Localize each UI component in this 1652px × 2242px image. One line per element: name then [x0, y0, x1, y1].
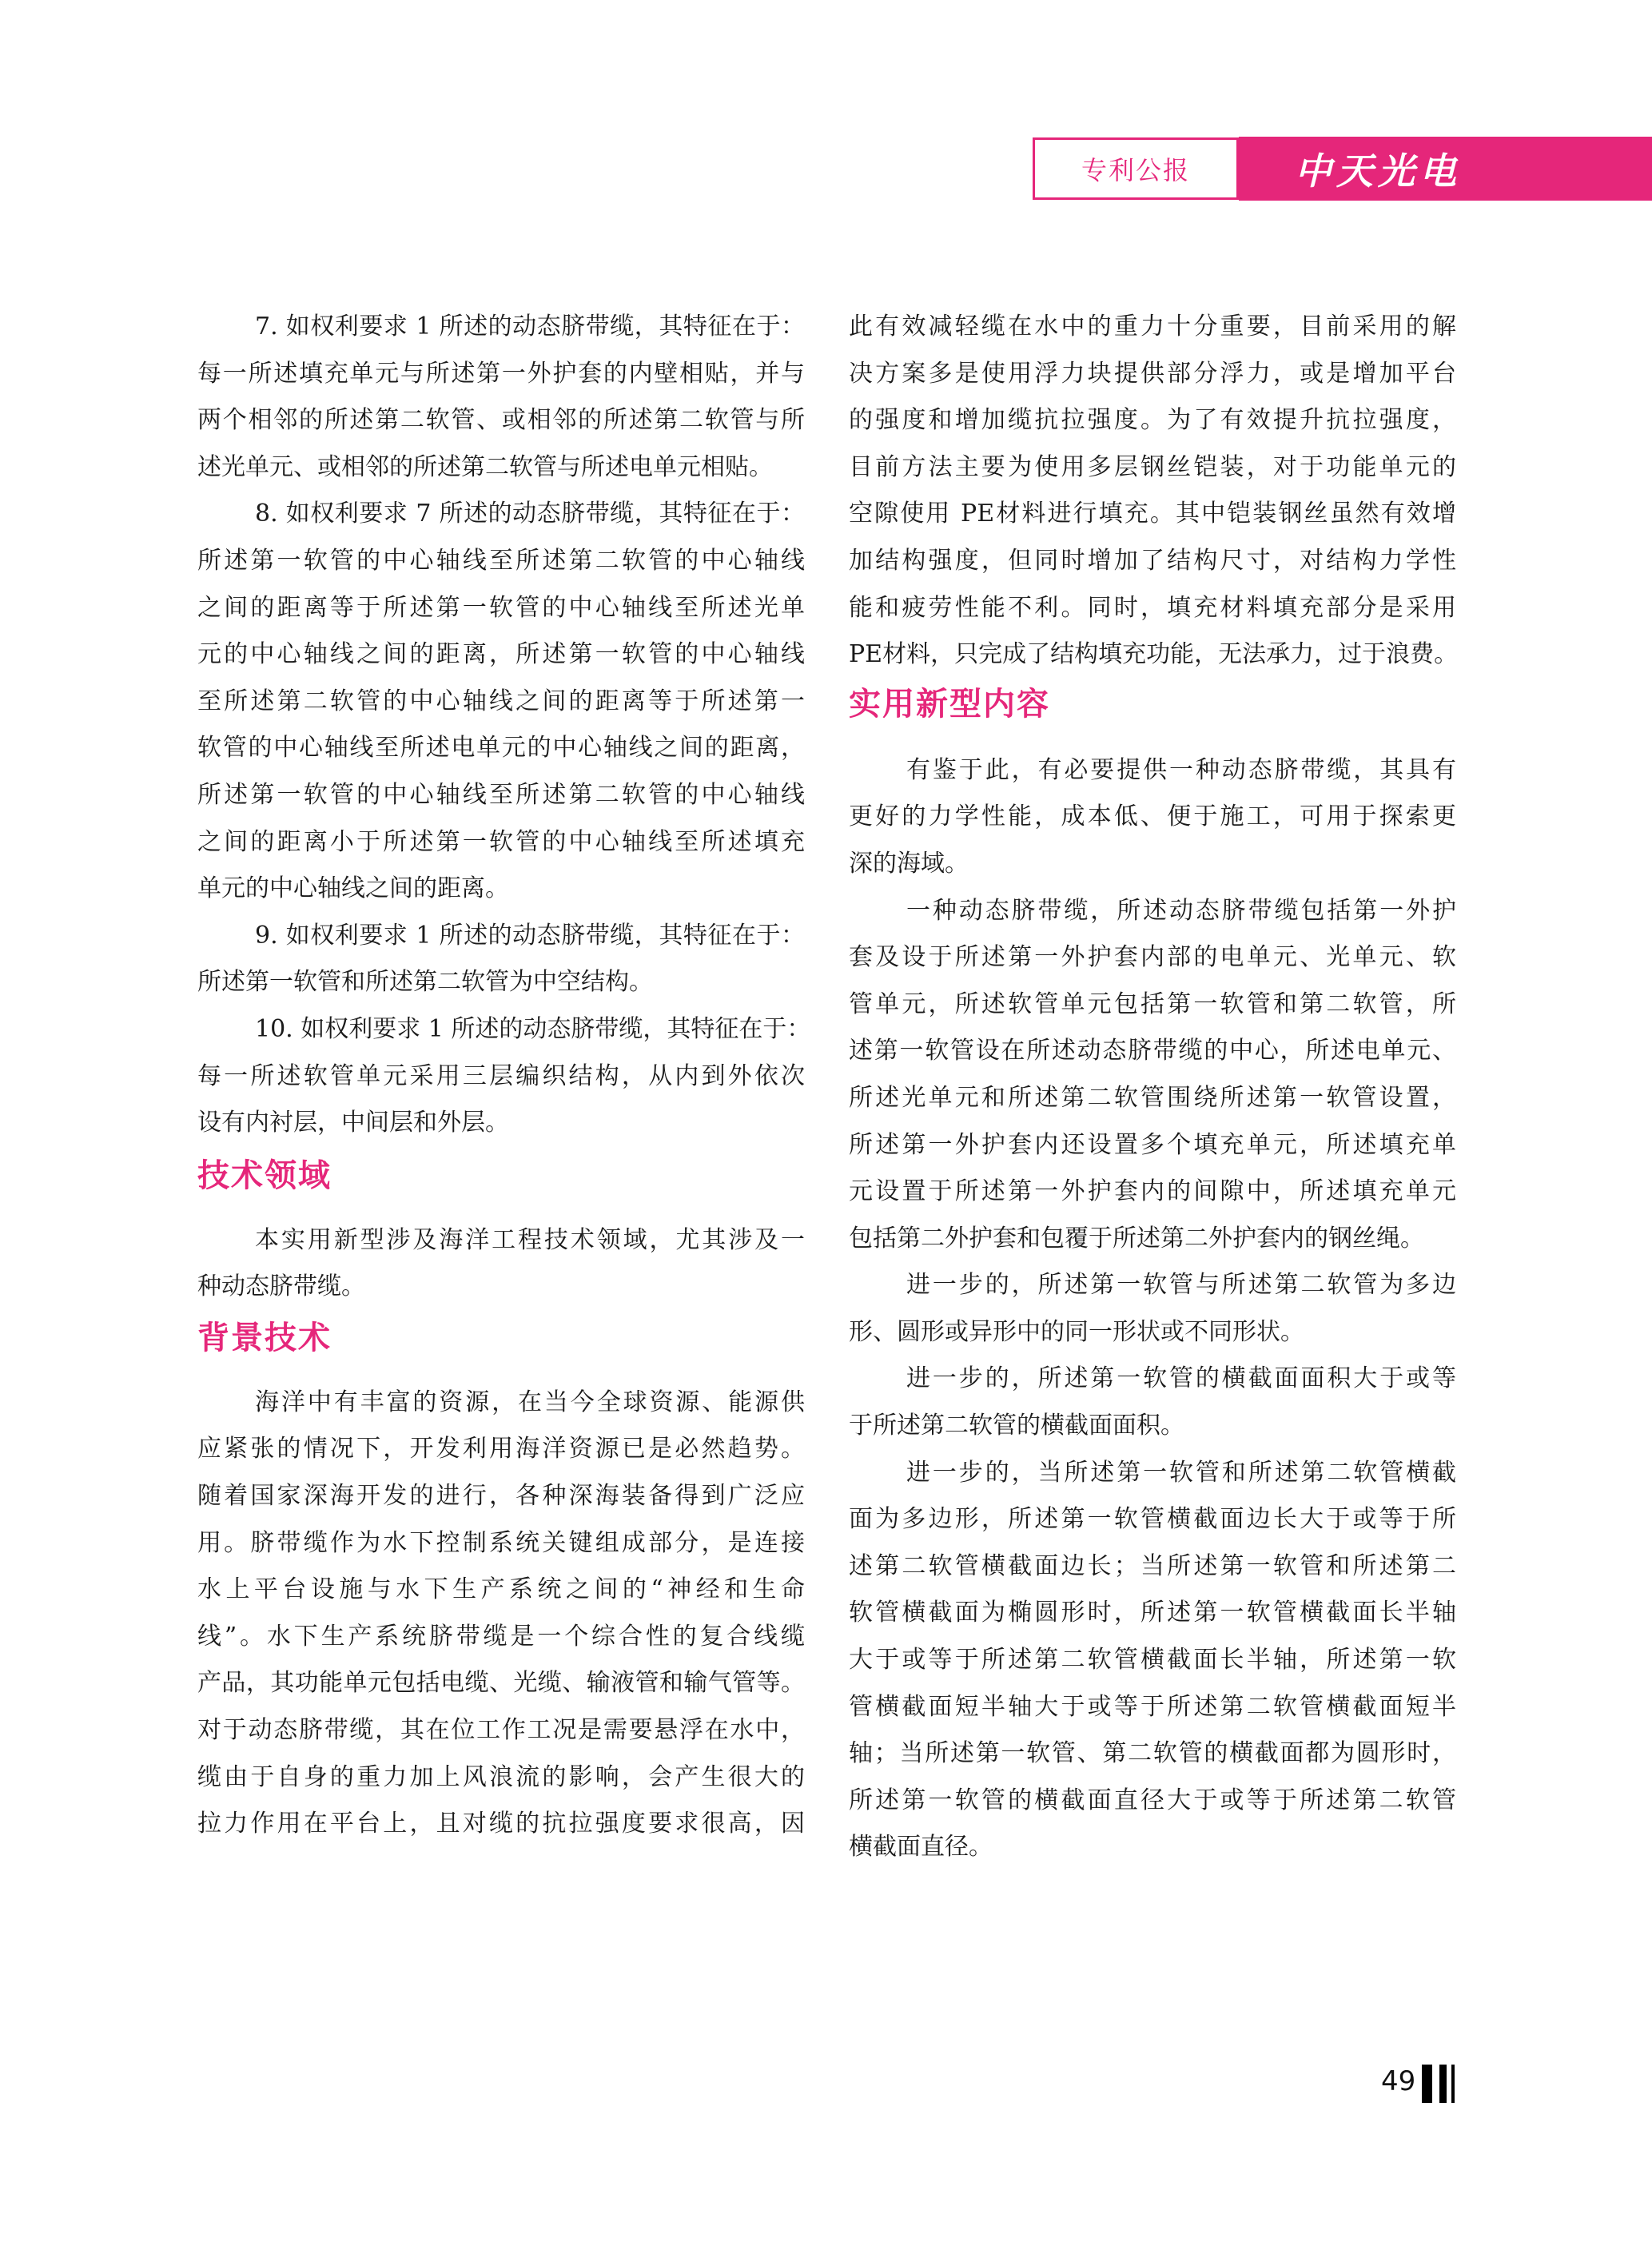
text-line: 目前方法主要为使用多层钢丝铠装，对于功能单元的: [849, 444, 1456, 492]
heading-utility-model-content: 实用新型内容: [849, 679, 1456, 730]
text-line: 种动态脐带缆。: [197, 1264, 805, 1311]
text-line: 两个相邻的所述第二软管、或相邻的所述第二软管与所: [197, 397, 805, 444]
text-line: 元设置于所述第一外护套内的间隙中，所述填充单元: [849, 1169, 1456, 1216]
text-line: 8. 如权利要求 7 所述的动态脐带缆，其特征在于：: [197, 491, 805, 538]
text-line: 产品，其功能单元包括电缆、光缆、输液管和输气管等。: [197, 1660, 805, 1707]
text-line: 元的中心轴线之间的距离，所述第一软管的中心轴线: [197, 631, 805, 679]
heading-background-art: 背景技术: [197, 1312, 805, 1364]
text-line: 横截面直径。: [849, 1824, 1456, 1871]
page-marker-bar-medium: [1439, 2065, 1447, 2103]
section-label-box: 专利公报: [1033, 137, 1239, 200]
text-line: 每一所述软管单元采用三层编织结构，从内到外依次: [197, 1053, 805, 1101]
claim-7: 7. 如权利要求 1 所述的动态脐带缆，其特征在于： 每一所述填充单元与所述第一…: [197, 304, 805, 491]
spacer: [849, 730, 1456, 747]
text-line: 随着国家深海开发的进行，各种深海装备得到广泛应: [197, 1473, 805, 1520]
text-line: 深的海域。: [849, 841, 1456, 888]
text-line: 10. 如权利要求 1 所述的动态脐带缆，其特征在于：: [197, 1006, 805, 1053]
background-paragraph: 海洋中有丰富的资源，在当今全球资源、能源供 应紧张的情况下，开发利用海洋资源已是…: [197, 1380, 805, 1848]
text-line: 软管的中心轴线至所述电单元的中心轴线之间的距离，: [197, 725, 805, 772]
text-line: 7. 如权利要求 1 所述的动态脐带缆，其特征在于：: [197, 304, 805, 351]
claim-9: 9. 如权利要求 1 所述的动态脐带缆，其特征在于： 所述第一软管和所述第二软管…: [197, 913, 805, 1006]
text-line: 决方案多是使用浮力块提供部分浮力，或是增加平台: [849, 351, 1456, 398]
brand-banner: 中天光电: [1239, 137, 1652, 201]
text-line: 此有效减轻缆在水中的重力十分重要，目前采用的解: [849, 304, 1456, 351]
text-line: 进一步的，当所述第一软管和所述第二软管横截: [849, 1450, 1456, 1497]
content-paragraph-4: 进一步的，所述第一软管的横截面面积大于或等 于所述第二软管的横截面面积。: [849, 1356, 1456, 1449]
text-line: 所述第一软管的中心轴线至所述第二软管的中心轴线: [197, 538, 805, 585]
text-line: 单元的中心轴线之间的距离。: [197, 866, 805, 913]
text-line: 所述第一软管的横截面直径大于或等于所述第二软管: [849, 1778, 1456, 1825]
left-column: 7. 如权利要求 1 所述的动态脐带缆，其特征在于： 每一所述填充单元与所述第一…: [197, 304, 805, 1848]
spacer: [197, 1201, 805, 1217]
text-line: 大于或等于所述第二软管横截面长半轴，所述第一软: [849, 1637, 1456, 1684]
text-line: 包括第二外护套和包覆于所述第二外护套内的钢丝绳。: [849, 1216, 1456, 1263]
text-line: 所述第一软管和所述第二软管为中空结构。: [197, 959, 805, 1006]
page-marker-bar-thick: [1422, 2065, 1432, 2103]
text-line: 面为多边形，所述第一软管横截面边长大于或等于所: [849, 1496, 1456, 1543]
text-line: 管单元，所述软管单元包括第一软管和第二软管，所: [849, 982, 1456, 1029]
text-line: 对于动态脐带缆，其在位工作工况是需要悬浮在水中，: [197, 1707, 805, 1754]
claim-8: 8. 如权利要求 7 所述的动态脐带缆，其特征在于： 所述第一软管的中心轴线至所…: [197, 491, 805, 912]
text-line: 更好的力学性能，成本低、便于施工，可用于探索更: [849, 794, 1456, 841]
text-line: 应紧张的情况下，开发利用海洋资源已是必然趋势。: [197, 1426, 805, 1473]
text-line: 空隙使用 PE材料进行填充。其中铠装钢丝虽然有效增: [849, 491, 1456, 538]
right-column: 此有效减轻缆在水中的重力十分重要，目前采用的解 决方案多是使用浮力块提供部分浮力…: [849, 304, 1456, 1871]
text-line: 9. 如权利要求 1 所述的动态脐带缆，其特征在于：: [197, 913, 805, 960]
text-line: 套及设于所述第一外护套内部的电单元、光单元、软: [849, 934, 1456, 982]
heading-technical-field: 技术领域: [197, 1150, 805, 1201]
text-line: 加结构强度，但同时增加了结构尺寸，对结构力学性: [849, 538, 1456, 585]
page-marker-bar-thin: [1451, 2065, 1455, 2103]
content-paragraph-3: 进一步的，所述第一软管与所述第二软管为多边 形、圆形或异形中的同一形状或不同形状…: [849, 1262, 1456, 1356]
text-line: 水上平台设施与水下生产系统之间的“神经和生命: [197, 1567, 805, 1614]
text-line: 设有内衬层，中间层和外层。: [197, 1100, 805, 1147]
text-line: 形、圆形或异形中的同一形状或不同形状。: [849, 1309, 1456, 1356]
text-line: 之间的距离小于所述第一软管的中心轴线至所述填充: [197, 819, 805, 866]
content-paragraph-2: 一种动态脐带缆，所述动态脐带缆包括第一外护 套及设于所述第一外护套内部的电单元、…: [849, 888, 1456, 1263]
text-line: 所述第一外护套内还设置多个填充单元，所述填充单: [849, 1122, 1456, 1169]
text-line: 之间的距离等于所述第一软管的中心轴线至所述光单: [197, 585, 805, 632]
brand-logo-text: 中天光电: [1295, 142, 1461, 195]
text-line: 能和疲劳性能不利。同时，填充材料填充部分是采用: [849, 585, 1456, 632]
text-line: 海洋中有丰富的资源，在当今全球资源、能源供: [197, 1380, 805, 1427]
text-line: 至所述第二软管的中心轴线之间的距离等于所述第一: [197, 679, 805, 726]
claim-10: 10. 如权利要求 1 所述的动态脐带缆，其特征在于： 每一所述软管单元采用三层…: [197, 1006, 805, 1147]
text-line: 于所述第二软管的横截面面积。: [849, 1403, 1456, 1450]
text-line: 软管横截面为椭圆形时，所述第一软管横截面长半轴: [849, 1590, 1456, 1637]
text-line: PE材料，只完成了结构填充功能，无法承力，过于浪费。: [849, 631, 1456, 679]
text-line: 的强度和增加缆抗拉强度。为了有效提升抗拉强度，: [849, 397, 1456, 444]
text-line: 述第二软管横截面边长；当所述第一软管和所述第二: [849, 1543, 1456, 1591]
text-line: 所述第一软管的中心轴线至所述第二软管的中心轴线: [197, 772, 805, 819]
text-line: 述光单元、或相邻的所述第二软管与所述电单元相贴。: [197, 444, 805, 492]
text-line: 有鉴于此，有必要提供一种动态脐带缆，其具有: [849, 747, 1456, 794]
text-line: 每一所述填充单元与所述第一外护套的内壁相贴，并与: [197, 351, 805, 398]
text-line: 本实用新型涉及海洋工程技术领域，尤其涉及一: [197, 1217, 805, 1264]
text-line: 用。脐带缆作为水下控制系统关键组成部分，是连接: [197, 1520, 805, 1567]
text-line: 管横截面短半轴大于或等于所述第二软管横截面短半: [849, 1684, 1456, 1731]
text-line: 缆由于自身的重力加上风浪流的影响，会产生很大的: [197, 1754, 805, 1802]
background-paragraph-continued: 此有效减轻缆在水中的重力十分重要，目前采用的解 决方案多是使用浮力块提供部分浮力…: [849, 304, 1456, 679]
text-line: 轴；当所述第一软管、第二软管的横截面都为圆形时，: [849, 1730, 1456, 1778]
content-paragraph-1: 有鉴于此，有必要提供一种动态脐带缆，其具有 更好的力学性能，成本低、便于施工，可…: [849, 747, 1456, 888]
section-label: 专利公报: [1081, 150, 1190, 187]
spacer: [197, 1364, 805, 1380]
content-paragraph-5: 进一步的，当所述第一软管和所述第二软管横截 面为多边形，所述第一软管横截面边长大…: [849, 1450, 1456, 1871]
text-line: 述第一软管设在所述动态脐带缆的中心，所述电单元、: [849, 1028, 1456, 1075]
page-number: 49: [1381, 2065, 1415, 2097]
technical-field-paragraph: 本实用新型涉及海洋工程技术领域，尤其涉及一 种动态脐带缆。: [197, 1217, 805, 1311]
text-line: 所述光单元和所述第二软管围绕所述第一软管设置，: [849, 1075, 1456, 1122]
text-line: 线”。水下生产系统脐带缆是一个综合性的复合线缆: [197, 1614, 805, 1661]
text-line: 拉力作用在平台上，且对缆的抗拉强度要求很高，因: [197, 1801, 805, 1848]
text-line: 进一步的，所述第一软管的横截面面积大于或等: [849, 1356, 1456, 1403]
text-line: 进一步的，所述第一软管与所述第二软管为多边: [849, 1262, 1456, 1309]
text-line: 一种动态脐带缆，所述动态脐带缆包括第一外护: [849, 888, 1456, 935]
